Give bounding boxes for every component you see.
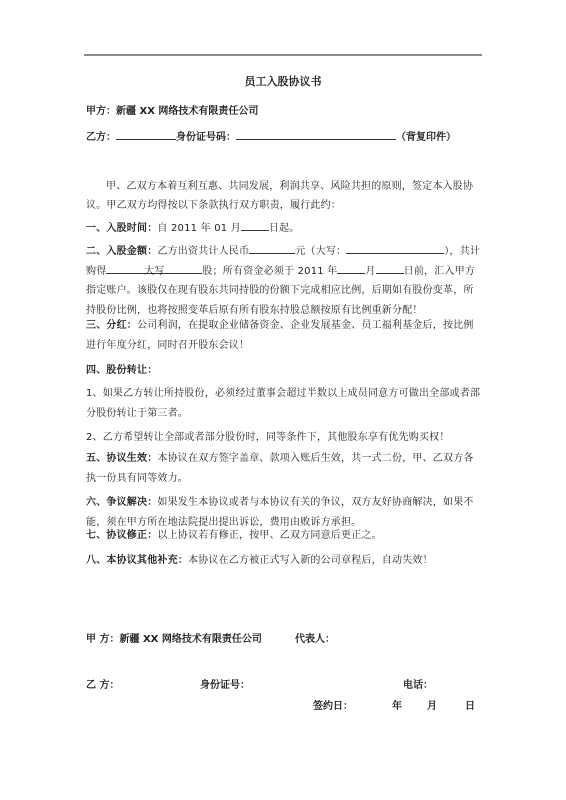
signature-id-number[interactable]: 身份证号：	[200, 676, 250, 691]
party-b-name-blank[interactable]	[116, 128, 176, 140]
signature-date-label: 签约日：	[313, 697, 353, 712]
party-b-line: 乙方：身份证号码：（背复印件）	[86, 128, 482, 144]
clause-1-heading: 一、入股时间：	[86, 223, 157, 234]
document-page: 员工入股协议书 甲方：新疆 XX 网络技术有限责任公司 乙方：身份证号码：（背复…	[0, 0, 566, 800]
signature-month: 月	[427, 697, 437, 712]
party-a-line: 甲方：新疆 XX 网络技术有限责任公司	[86, 105, 482, 118]
clause-3-text: 公司利润，在提取企业储备资金、企业发展基金、员工福利基金后，按比例进行年度分红，…	[86, 320, 474, 351]
clause-5-heading: 五、协议生效：	[86, 453, 157, 464]
clause-7-heading: 七、协议修正：	[86, 530, 157, 541]
clause-2-text-1: 乙方出资共计人民币	[157, 246, 249, 257]
document-title: 员工入股协议书	[0, 73, 566, 89]
shares-blank-hint: 大写	[144, 266, 164, 277]
id-number-blank[interactable]	[236, 128, 396, 140]
party-b-label: 乙方：	[86, 132, 116, 143]
signature-year: 年	[392, 697, 402, 712]
clause-2-text-2: 元（大写：	[295, 246, 346, 257]
start-day-blank[interactable]	[241, 219, 269, 231]
clause-1-end: 日起。	[269, 223, 300, 234]
clause-8-text: 本协议在乙方被正式写入新的公司章程后，自动失效！	[188, 555, 433, 566]
signature-phone[interactable]: 电话：	[403, 676, 433, 691]
clause-2-heading: 二、入股金额：	[86, 246, 157, 257]
clause-2-text-5: 月	[365, 266, 375, 277]
signature-party-a: 甲 方：新疆 XX 网络技术有限责任公司	[86, 630, 262, 645]
clause-7: 七、协议修正：以上协议若有修正，按甲、乙双方同意后更正之。	[86, 526, 482, 546]
clause-7-text: 以上协议若有修正，按甲、乙双方同意后更正之。	[157, 530, 381, 541]
amount-capital-blank[interactable]	[346, 242, 444, 254]
clause-2-text-4: 股；所有资金必须于 2011 年	[202, 266, 337, 277]
clause-8-heading: 八、本协议其他补充：	[86, 555, 188, 566]
clause-3: 三、分红：公司利润，在提取企业储备资金、企业发展基金、员工福利基金后，按比例进行…	[86, 316, 482, 356]
header-rule	[84, 54, 482, 56]
clause-1: 一、入股时间：自 2011 年 01 月日起。	[86, 219, 482, 239]
clause-6-heading: 六、争议解决：	[86, 497, 157, 508]
clause-8: 八、本协议其他补充：本协议在乙方被正式写入新的公司章程后，自动失效！	[86, 551, 482, 571]
signature-day: 日	[465, 697, 475, 712]
signature-party-b[interactable]: 乙 方：	[86, 676, 119, 691]
clause-1-text: 自 2011 年 01 月	[157, 223, 241, 234]
clause-5: 五、协议生效：本协议在双方签字盖章、款项入账后生效，共一式二份，甲、乙双方各执一…	[86, 449, 482, 489]
payment-day-blank[interactable]	[376, 262, 404, 274]
clause-2: 二、入股金额：乙方出资共计人民币元（大写：），共计购得大写股；所有资金必须于 2…	[86, 242, 482, 320]
signature-representative[interactable]: 代表人：	[295, 630, 335, 645]
clause-4-item-2: 2、乙方希望转让全部或者部分股份时，同等条件下，其他股东享有优先购买权！	[86, 428, 482, 448]
clause-3-heading: 三、分红：	[86, 320, 137, 331]
payment-month-blank[interactable]	[337, 262, 365, 274]
clause-4-item-1: 1、如果乙方转让所持股份，必须经过董事会超过半数以上成员同意方可做出全部或者部分…	[86, 384, 482, 424]
shares-blank[interactable]: 大写	[106, 262, 202, 274]
party-a-name: 新疆 XX 网络技术有限责任公司	[116, 106, 258, 117]
intro-paragraph: 甲、乙双方本着互利互惠、共同发展，利润共享、风险共担的原则，签定本入股协议。甲乙…	[86, 177, 482, 215]
amount-blank[interactable]	[249, 242, 295, 254]
clause-4-heading: 四、股份转让：	[86, 361, 482, 381]
party-a-label: 甲方：	[86, 106, 116, 117]
id-copy-note: （背复印件）	[396, 132, 456, 143]
id-number-label: 身份证号码：	[176, 132, 236, 143]
